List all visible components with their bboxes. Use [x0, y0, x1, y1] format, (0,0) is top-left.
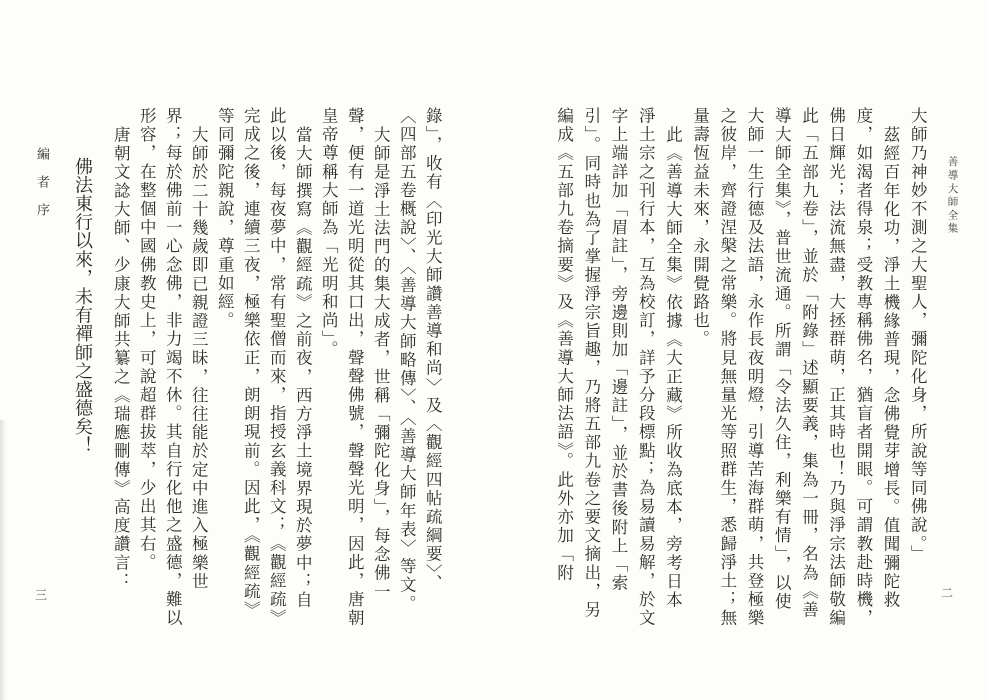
- text-column: 此《善導大師全集》依據《大正藏》所收為底本，旁考日本: [664, 126, 681, 610]
- text-column: 茲經百年化功，淨土機緣普現，念佛覺芽增長。值聞彌陀救: [882, 126, 899, 610]
- text-column: 之彼岸，齊證涅槃之常樂。將見無量光等照群生，悉歸淨土；無: [718, 107, 735, 628]
- text-column: 〈四部五卷概說〉、〈善導大師略傳〉、〈善導大師年表〉等文。: [398, 107, 415, 613]
- left-page: 編者序 錄」，收有〈印光大師讚善導和尚〉及〈觀經四帖疏綱要〉、〈四部五卷概說〉、…: [0, 0, 990, 700]
- page-number-left: 三: [35, 586, 47, 603]
- scan-edge-artifact: [0, 420, 6, 700]
- text-column: 佛日輝光；法流無盡，大拯群萌，正其時也！乃與淨宗法師敬編: [827, 107, 844, 628]
- text-column: 編成《五部九卷摘要》及《善導大師法語》。此外亦加「附: [555, 107, 572, 582]
- right-page: 善導大師全集 大師乃神妙不測之大聖人，彌陀化身，所說等同佛說。」茲經百年化功，淨…: [0, 0, 990, 700]
- text-column: 大師於二十幾歲即已親證三昧，往往能於定中進入極樂世: [190, 126, 207, 591]
- text-column: 唐朝文諗大師、少康大師共纂之《瑞應刪傳》高度讚言：: [112, 126, 129, 591]
- text-column: 度，如渴者得泉；受教專稱佛名，猶盲者開眼。可謂教赴時機，: [854, 107, 871, 628]
- text-column: 等同彌陀親說，尊重如經。: [216, 107, 233, 330]
- text-column: 形容，在整個中國佛教史上，可說超群拔萃，少出其右。: [138, 107, 155, 572]
- text-column: 皇帝尊稱大師為「光明和尚」。: [320, 107, 337, 359]
- text-column: 聲，便有一道光明從其口出，聲聲佛號，聲聲光明，因此，唐朝: [346, 107, 363, 628]
- text-column: 此以後，每夜夢中，常有聖僧而來，指授玄義科文；《觀經疏》: [268, 107, 285, 628]
- text-column: 量壽恆益未來，永開覺路也。: [691, 107, 708, 349]
- text-column: 當大師撰寫《觀經疏》之前夜，西方淨土境界現於夢中；自: [294, 126, 311, 610]
- text-column: 完成之後，連續三夜，極樂依正，朗朗現前。因此，《觀經疏》: [242, 107, 259, 620]
- text-column: 此「五部九卷」，並於「附錄」述顯要義，集為一冊，名為《善: [800, 107, 817, 620]
- text-column: 字上端詳加「眉註」，旁邊則加「邊註」，並於書後附上「索: [610, 107, 627, 593]
- page-number-right: 二: [941, 584, 953, 601]
- text-column: 錄」，收有〈印光大師讚善導和尚〉及〈觀經四帖疏綱要〉、: [424, 107, 441, 593]
- text-column: 大師是淨土法門的集大成者，世稱「彌陀化身」，每念佛一: [372, 126, 389, 601]
- text-column: 大師乃神妙不測之大聖人，彌陀化身，所說等同佛說。」: [909, 107, 926, 564]
- running-head-book-title: 善導大師全集: [946, 156, 957, 236]
- text-column: 界；每於佛前一心念佛，非力竭不休。其自行化他之盛德，難以: [164, 107, 181, 628]
- running-head-section-title: 編者序: [36, 147, 49, 231]
- book-scan-page: 善導大師全集 大師乃神妙不測之大聖人，彌陀化身，所說等同佛說。」茲經百年化功，淨…: [0, 0, 990, 700]
- quote-column: 佛法東行以來，未有禪師之盛德矣！: [74, 157, 92, 455]
- text-column: 大師一生行德及法語，永作長夜明燈，引導苦海群萌，共登極樂: [746, 107, 763, 628]
- text-column: 導大師全集》，普世流通。所謂「令法久住，利樂有情」，以使: [773, 107, 790, 611]
- text-column: 淨土宗之刊行本，互為校訂，詳予分段標點；為易讀易解，於文: [637, 107, 654, 628]
- text-column: 引」。同時也為了掌握淨宗旨趣，乃將五部九卷之要文摘出，另: [582, 107, 599, 620]
